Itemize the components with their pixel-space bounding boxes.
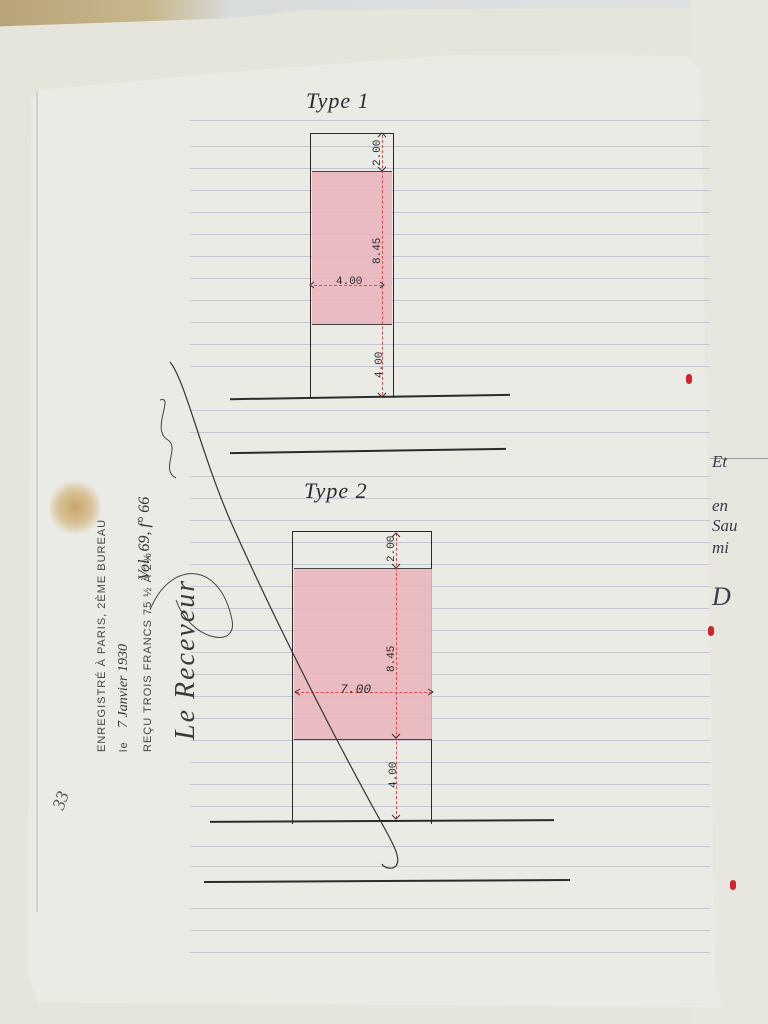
signature-flourish [160, 400, 176, 478]
signature-loop [150, 574, 233, 638]
type-1-dimension-arrows [310, 133, 386, 397]
signature-stroke-overlay [0, 0, 768, 1024]
diagonal-pen-stroke [170, 362, 398, 868]
type-2-dimension-arrows [295, 533, 433, 819]
